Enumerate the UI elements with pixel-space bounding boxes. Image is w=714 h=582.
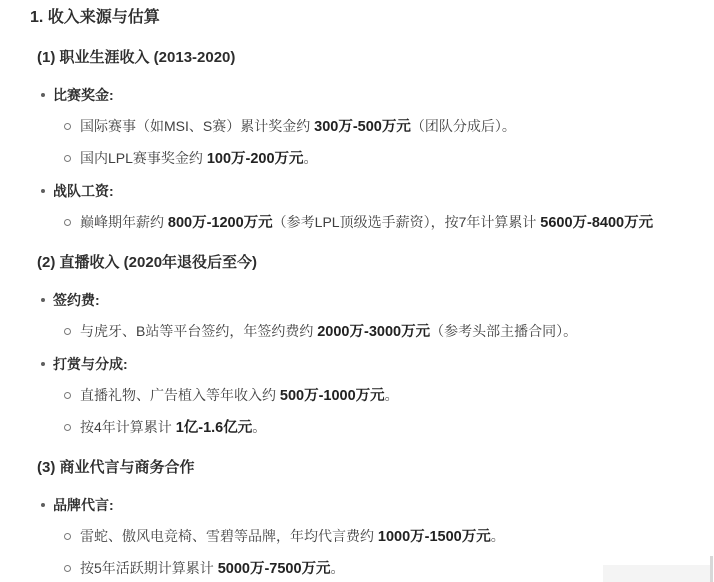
bullet-dot-icon	[41, 189, 45, 193]
amount-text: 500万-1000万元	[280, 388, 385, 404]
bullet-dot-icon	[41, 362, 45, 366]
circle-bullet-icon	[64, 328, 71, 335]
circle-bullet-icon	[64, 565, 71, 572]
text-segment: 按5年活跃期计算累计	[80, 560, 218, 576]
watermark-block	[603, 565, 711, 582]
sub-list-item: 国内LPL赛事奖金约 100万-200万元。	[0, 148, 714, 169]
right-edge-line	[710, 556, 713, 582]
text-segment: （参考LPL顶级选手薪资），按7年计算累计	[273, 214, 541, 230]
section-heading-3: (3) 商业代言与商务合作	[37, 458, 714, 478]
text-segment: 按4年计算累计	[80, 419, 176, 435]
amount-text: 800万-1200万元	[168, 215, 273, 231]
list-item: 品牌代言:	[0, 495, 714, 515]
text-segment: 直播礼物、广告植入等年收入约	[80, 387, 280, 403]
circle-bullet-icon	[64, 219, 71, 226]
bullet-dot-icon	[41, 503, 45, 507]
text-segment: 。	[331, 560, 345, 576]
sub-list-item: 直播礼物、广告植入等年收入约 500万-1000万元。	[0, 385, 714, 406]
list-item: 战队工资:	[0, 181, 714, 201]
bullet-dot-icon	[41, 93, 45, 97]
bullet-dot-icon	[41, 298, 45, 302]
bullet-label: 打赏与分成:	[53, 356, 128, 372]
list-item: 比赛奖金:	[0, 85, 714, 105]
amount-text: 2000万-3000万元	[317, 324, 430, 340]
bullet-label: 比赛奖金:	[53, 87, 114, 103]
document: 1. 收入来源与估算 (1) 职业生涯收入 (2013-2020) 比赛奖金: …	[0, 8, 714, 582]
bullet-label: 品牌代言:	[53, 497, 114, 513]
section-heading-1: (1) 职业生涯收入 (2013-2020)	[37, 48, 714, 68]
page-title: 1. 收入来源与估算	[30, 8, 714, 28]
circle-bullet-icon	[64, 155, 71, 162]
sub-list-item: 国际赛事（如MSI、S赛）累计奖金约 300万-500万元（团队分成后）。	[0, 116, 714, 137]
circle-bullet-icon	[64, 123, 71, 130]
text-segment: 国内LPL赛事奖金约	[80, 150, 207, 166]
circle-bullet-icon	[64, 533, 71, 540]
amount-text: 300万-500万元	[314, 119, 411, 135]
sub-list-item: 雷蛇、傲风电竞椅、雪碧等品牌，年均代言费约 1000万-1500万元。	[0, 526, 714, 547]
bullet-label: 签约费:	[53, 292, 100, 308]
list-item: 签约费:	[0, 290, 714, 310]
amount-text: 5000万-7500万元	[218, 561, 331, 577]
text-segment: （团队分成后）。	[411, 118, 516, 134]
amount-text: 5600万-8400万元	[540, 215, 653, 231]
circle-bullet-icon	[64, 424, 71, 431]
text-segment: 雷蛇、傲风电竞椅、雪碧等品牌，年均代言费约	[80, 528, 378, 544]
amount-text: 1000万-1500万元	[378, 529, 491, 545]
sub-list-item: 按4年计算累计 1亿-1.6亿元。	[0, 417, 714, 438]
amount-text: 1亿-1.6亿元	[176, 420, 253, 436]
text-segment: 。	[491, 528, 505, 544]
amount-text: 100万-200万元	[207, 151, 304, 167]
text-segment: 。	[252, 419, 266, 435]
text-segment: 。	[304, 150, 318, 166]
circle-bullet-icon	[64, 392, 71, 399]
text-segment: 国际赛事（如MSI、S赛）累计奖金约	[80, 118, 314, 134]
bullet-label: 战队工资:	[53, 183, 114, 199]
sub-list-item: 与虎牙、B站等平台签约，年签约费约 2000万-3000万元（参考头部主播合同）…	[0, 321, 714, 342]
text-segment: 。	[385, 387, 399, 403]
text-segment: （参考头部主播合同）。	[430, 323, 577, 339]
text-segment: 巅峰期年薪约	[80, 214, 168, 230]
list-item: 打赏与分成:	[0, 354, 714, 374]
section-heading-2: (2) 直播收入 (2020年退役后至今)	[37, 253, 714, 273]
text-segment: 与虎牙、B站等平台签约，年签约费约	[80, 323, 317, 339]
sub-list-item: 巅峰期年薪约 800万-1200万元（参考LPL顶级选手薪资），按7年计算累计 …	[0, 212, 714, 233]
